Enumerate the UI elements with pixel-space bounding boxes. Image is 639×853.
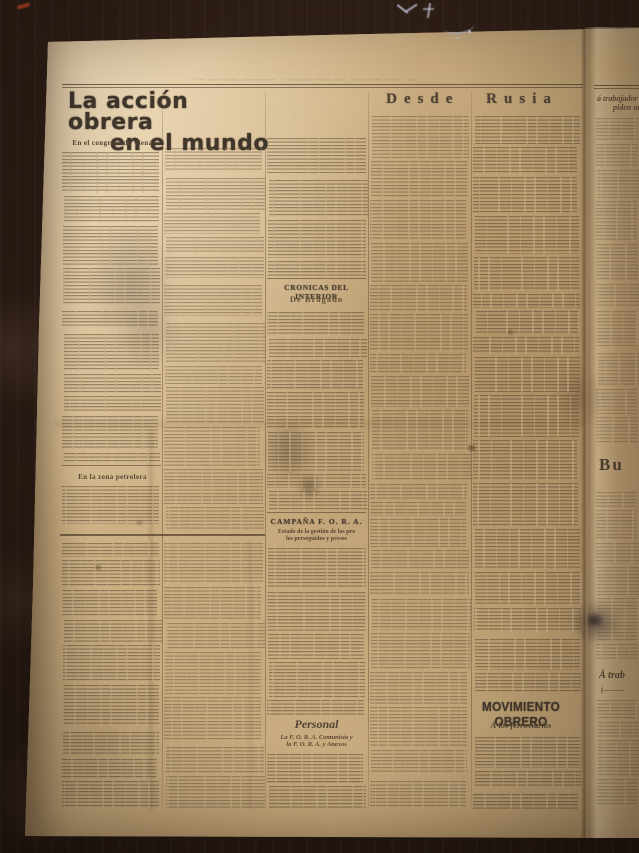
greeked-paragraph [597,779,638,806]
greeked-paragraph [596,118,638,141]
greeked-paragraph [596,417,638,444]
greeked-paragraph [370,519,466,547]
greeked-paragraph [597,567,639,595]
column-rule [265,92,266,808]
greeked-paragraph [597,700,638,719]
greeked-paragraph [473,294,580,308]
movimiento-subtitle: Á los ferroviarios [459,720,583,730]
greeked-paragraph [62,416,158,450]
greeked-paragraph [63,268,160,304]
greeked-paragraph [596,144,638,167]
greeked-paragraph [62,590,157,617]
greeked-paragraph [474,608,581,632]
campana-title: CAMPAÑA F. O. R. A. [267,517,366,526]
greeked-text-block [267,548,367,719]
greeked-paragraph [268,220,366,258]
greeked-paragraph [62,759,157,778]
campana-sub2: los perseguidos y presos [267,536,366,542]
greeked-paragraph [474,395,579,437]
greeked-paragraph [267,392,364,429]
greeked-paragraph [370,200,466,240]
greeked-paragraph [596,543,639,564]
greeked-paragraph [164,285,262,316]
greeked-paragraph [371,243,468,282]
greeked-paragraph [596,492,637,507]
greeked-paragraph [596,201,637,241]
greeked-text-block [62,152,161,469]
greeked-paragraph [267,474,366,488]
greeked-paragraph [269,786,366,809]
greeked-paragraph [596,244,638,281]
greeked-paragraph [370,314,468,351]
greeked-paragraph [475,673,581,692]
greeked-paragraph [267,700,364,716]
greeked-paragraph [64,374,161,393]
greeked-paragraph [165,652,262,694]
greeked-paragraph [473,147,577,174]
right-page-heading-fragment: á trabajador piden m [597,94,639,112]
greeked-paragraph [165,148,262,171]
greeked-paragraph [371,161,468,197]
greeked-paragraph [64,334,159,371]
greeked-paragraph [62,543,160,557]
personal-title: Personal [267,717,366,732]
greeked-paragraph [370,354,466,373]
greeked-text-block [596,118,639,447]
greeked-text-block [473,116,581,695]
greeked-text-block [267,754,367,812]
greeked-paragraph [62,781,159,808]
greeked-paragraph [475,116,580,144]
printed-content: ·— ——·—— ————— · ———— —— —— ·———— —— ··—… [0,0,639,853]
greeked-paragraph [597,170,639,198]
greeked-paragraph [598,353,639,386]
greeked-paragraph [372,116,469,158]
greeked-paragraph [62,311,158,327]
personal-sub2: la F. O. R. A. y Anexos [267,741,366,748]
greeked-paragraph [269,662,365,697]
greeked-text-block [164,148,264,534]
greeked-paragraph [475,639,580,670]
greeked-paragraph [269,339,367,357]
cronicas-subtitle: De Bragado [267,294,366,304]
greeked-paragraph [166,387,264,424]
greeked-text-block [596,492,639,663]
greeked-paragraph [475,572,582,605]
greeked-text-block [62,543,161,811]
greeked-paragraph [166,623,265,649]
greeked-paragraph [63,685,159,725]
greeked-paragraph [268,261,366,276]
section-rule [267,278,366,279]
greeked-paragraph [268,432,364,471]
greeked-paragraph [372,410,468,451]
greeked-paragraph [164,543,263,584]
greeked-text-block [596,700,639,809]
greeked-paragraph [473,794,578,809]
greeked-paragraph [63,645,160,682]
desde-rusia-headline: Desde Rusia [372,91,572,108]
right-frag-line2: piden m [597,103,639,112]
greeked-paragraph [62,152,159,193]
greeked-paragraph [268,634,364,659]
greeked-paragraph [62,486,159,524]
greeked-paragraph [63,226,158,265]
greeked-paragraph [267,754,363,783]
greeked-text-block [62,486,161,527]
greeked-paragraph [269,491,367,510]
greeked-paragraph [166,776,265,808]
greeked-paragraph [62,560,160,587]
greeked-paragraph [371,633,470,669]
top-rule [62,84,583,88]
section-rule [267,512,366,513]
greeked-paragraph [370,550,469,569]
greeked-paragraph [166,507,264,531]
greeked-paragraph [267,592,366,631]
col1-subhead-zona: En la zona petrolera [64,473,161,481]
greeked-paragraph [370,502,466,516]
greeked-paragraph [598,722,639,737]
greeked-paragraph [165,257,264,278]
running-header: ·— ——·—— ————— · ———— —— —— ·———— —— ··— [175,77,435,83]
greeked-paragraph [372,454,471,481]
greeked-paragraph [597,311,638,346]
greeked-paragraph [596,644,638,660]
greeked-paragraph [370,672,467,704]
personal-sub1: La F. O. R. A. Comunista y [267,734,366,741]
right-frag-big-headline: Bu [599,455,639,475]
greeked-paragraph [166,747,264,773]
campana-sub1: Estado de la gestión de los pro [267,529,366,535]
greeked-paragraph [473,483,578,526]
greeked-paragraph [473,177,577,213]
greeked-paragraph [166,323,265,363]
greeked-paragraph [370,707,467,747]
greeked-paragraph [474,216,580,254]
greeked-text-block [267,138,367,279]
greeked-paragraph [475,311,579,334]
greeked-paragraph [63,732,159,756]
greeked-paragraph [64,620,162,642]
greeked-paragraph [474,357,580,392]
greeked-paragraph [63,453,160,462]
greeked-paragraph [269,180,368,217]
greeked-paragraph [475,737,581,768]
section-rule [62,465,161,466]
greeked-paragraph [473,440,577,480]
greeked-paragraph [473,337,579,354]
greeked-text-block [267,312,367,513]
greeked-paragraph [473,529,580,569]
greeked-text-block [370,116,470,811]
greeked-paragraph [596,389,637,414]
greeked-paragraph [596,284,639,308]
right-frag-low-headline: Á trab [599,670,639,681]
greeked-paragraph [475,771,581,787]
greeked-text-block [164,543,264,811]
greeked-paragraph [371,750,467,774]
top-rule-right-page [594,85,639,89]
headline-line1: La acción obrera [68,91,278,133]
column-rule [368,92,369,808]
greeked-paragraph [267,138,366,173]
greeked-paragraph [474,257,579,291]
greeked-paragraph [372,599,471,630]
greeked-paragraph [370,572,469,596]
greeked-paragraph [371,376,470,407]
heavy-section-rule [60,534,265,536]
photo-of-newspaper: ·— ——·—— ————— · ———— —— —— ·———— —— ··—… [0,0,639,853]
greeked-paragraph [164,213,260,234]
greeked-paragraph [267,360,363,389]
greeked-paragraph [370,484,467,499]
greeked-paragraph [597,598,639,641]
col1-subhead-congreso: En el congreso de Viena [64,139,161,147]
greeked-paragraph [164,697,261,740]
greeked-paragraph [370,781,466,808]
column-rule [162,92,163,808]
greeked-paragraph [267,312,364,336]
greeked-paragraph [164,427,260,466]
greeked-paragraph [166,178,265,210]
greeked-text-block [473,737,581,812]
greeked-paragraph [164,587,261,620]
greeked-paragraph [64,396,161,413]
greeked-paragraph [64,196,159,223]
greeked-paragraph [166,237,264,254]
greeked-paragraph [164,469,263,504]
greeked-paragraph [598,740,639,776]
greeked-paragraph [165,366,262,384]
right-frag-low-sub: (——— [601,686,639,694]
greeked-paragraph [268,548,366,589]
greeked-paragraph [596,510,637,540]
greeked-paragraph [370,285,467,311]
right-frag-line1: á trabajador [597,94,639,103]
